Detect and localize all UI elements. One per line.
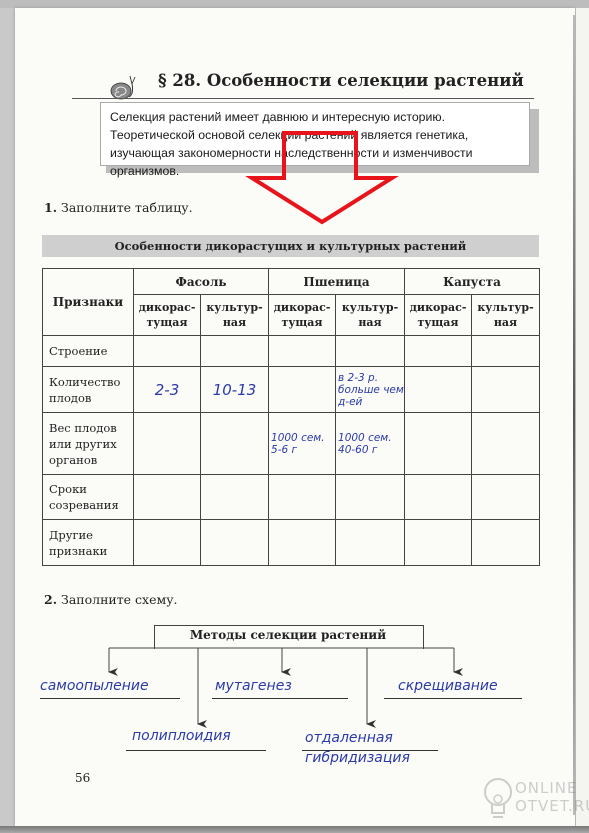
lightbulb-icon	[483, 777, 513, 823]
answer-distant-hybridization: отдаленная гибридизация	[305, 728, 445, 768]
task-2-instruction: 2. Заполните схему.	[44, 592, 178, 607]
table-cell[interactable]	[201, 520, 269, 566]
table-cell[interactable]	[201, 475, 269, 520]
table-cell[interactable]	[201, 336, 269, 367]
table-row: Количество плодов2-310-13в 2-3 р. больше…	[43, 367, 540, 413]
task-2-text: Заполните схему.	[61, 592, 178, 607]
table-row: Вес плодов или других органов1000 сем. 5…	[43, 413, 540, 475]
answer-mutagenesis: мутагенез	[215, 678, 292, 694]
answer-self-pollination: самоопыление	[40, 678, 149, 694]
table-cell[interactable]	[269, 367, 336, 413]
page-number: 56	[75, 771, 90, 785]
group-header-bean: Фасоль	[134, 269, 269, 295]
table-cell[interactable]	[269, 336, 336, 367]
subcolumn-header: дикорас-тущая	[405, 295, 472, 336]
table-cell[interactable]	[336, 520, 405, 566]
row-label: Строение	[43, 336, 134, 367]
table-row: Другие признаки	[43, 520, 540, 566]
table-cell[interactable]	[269, 475, 336, 520]
answer-line	[40, 698, 180, 699]
table-cell[interactable]: в 2-3 р. больше чем д-ей	[336, 367, 405, 413]
watermark-line-2: OTVET.RU	[515, 797, 589, 815]
table-row: Строение	[43, 336, 540, 367]
table-cell[interactable]: 10-13	[201, 367, 269, 413]
scheme-title: Методы селекции растений	[154, 628, 422, 642]
row-label: Количество плодов	[43, 367, 134, 413]
answer-line	[212, 698, 348, 699]
table-cell[interactable]	[472, 336, 540, 367]
answer-line	[384, 698, 522, 699]
intro-box-shadow	[529, 109, 539, 172]
subcolumn-header: культур-ная	[201, 295, 269, 336]
task-1-instruction: 1. Заполните таблицу.	[44, 200, 193, 215]
table-cell[interactable]: 1000 сем. 40-60 г	[336, 413, 405, 475]
watermark-line-1: ONLINE	[515, 779, 589, 797]
table-cell[interactable]	[472, 520, 540, 566]
table-cell[interactable]	[405, 336, 472, 367]
table-cell[interactable]	[405, 475, 472, 520]
answer-line	[126, 750, 266, 751]
page-fold-shadow	[573, 15, 575, 815]
row-label: Вес плодов или других органов	[43, 413, 134, 475]
subcolumn-header: культур-ная	[472, 295, 540, 336]
table-cell[interactable]	[472, 367, 540, 413]
answer-polyploidy: полиплоидия	[132, 728, 231, 744]
group-header-cabbage: Капуста	[405, 269, 540, 295]
row-header-label: Признаки	[43, 269, 134, 336]
table-cell[interactable]	[472, 475, 540, 520]
intro-text: Селекция растений имеет давнюю и интерес…	[110, 108, 525, 180]
table-cell[interactable]	[405, 520, 472, 566]
viewer-bottom-bar	[0, 826, 589, 833]
comparison-table: Признаки Фасоль Пшеница Капуста дикорас-…	[42, 268, 540, 566]
answer-line	[302, 750, 438, 751]
subcolumn-header: дикорас-тущая	[134, 295, 201, 336]
table-row: Сроки созревания	[43, 475, 540, 520]
row-label: Другие признаки	[43, 520, 134, 566]
snail-icon	[108, 72, 140, 100]
table-cell[interactable]	[472, 413, 540, 475]
title-rule	[72, 98, 534, 99]
subcolumn-header: культур-ная	[336, 295, 405, 336]
task-2-number: 2.	[44, 592, 57, 607]
table-cell[interactable]	[134, 475, 201, 520]
table-cell[interactable]	[134, 520, 201, 566]
table-cell[interactable]	[405, 367, 472, 413]
section-title: § 28. Особенности селекции растений	[158, 71, 524, 90]
row-label: Сроки созревания	[43, 475, 134, 520]
watermark: ONLINE OTVET.RU	[483, 775, 583, 825]
answer-crossing: скрещивание	[398, 678, 498, 694]
task-1-number: 1.	[44, 200, 57, 215]
table-cell[interactable]	[269, 520, 336, 566]
table-cell[interactable]: 2-3	[134, 367, 201, 413]
table-cell[interactable]	[201, 413, 269, 475]
subcolumn-header: дикорас-тущая	[269, 295, 336, 336]
table-cell[interactable]: 1000 сем. 5-6 г	[269, 413, 336, 475]
task-1-text: Заполните таблицу.	[61, 200, 193, 215]
table-cell[interactable]	[134, 413, 201, 475]
table-cell[interactable]	[336, 475, 405, 520]
table-cell[interactable]	[134, 336, 201, 367]
group-header-wheat: Пшеница	[269, 269, 405, 295]
next-page-edge	[576, 8, 589, 826]
table-cell[interactable]	[405, 413, 472, 475]
table-cell[interactable]	[336, 336, 405, 367]
table-caption: Особенности дикорастущих и культурных ра…	[42, 235, 539, 257]
viewer-top-bar	[0, 0, 589, 8]
